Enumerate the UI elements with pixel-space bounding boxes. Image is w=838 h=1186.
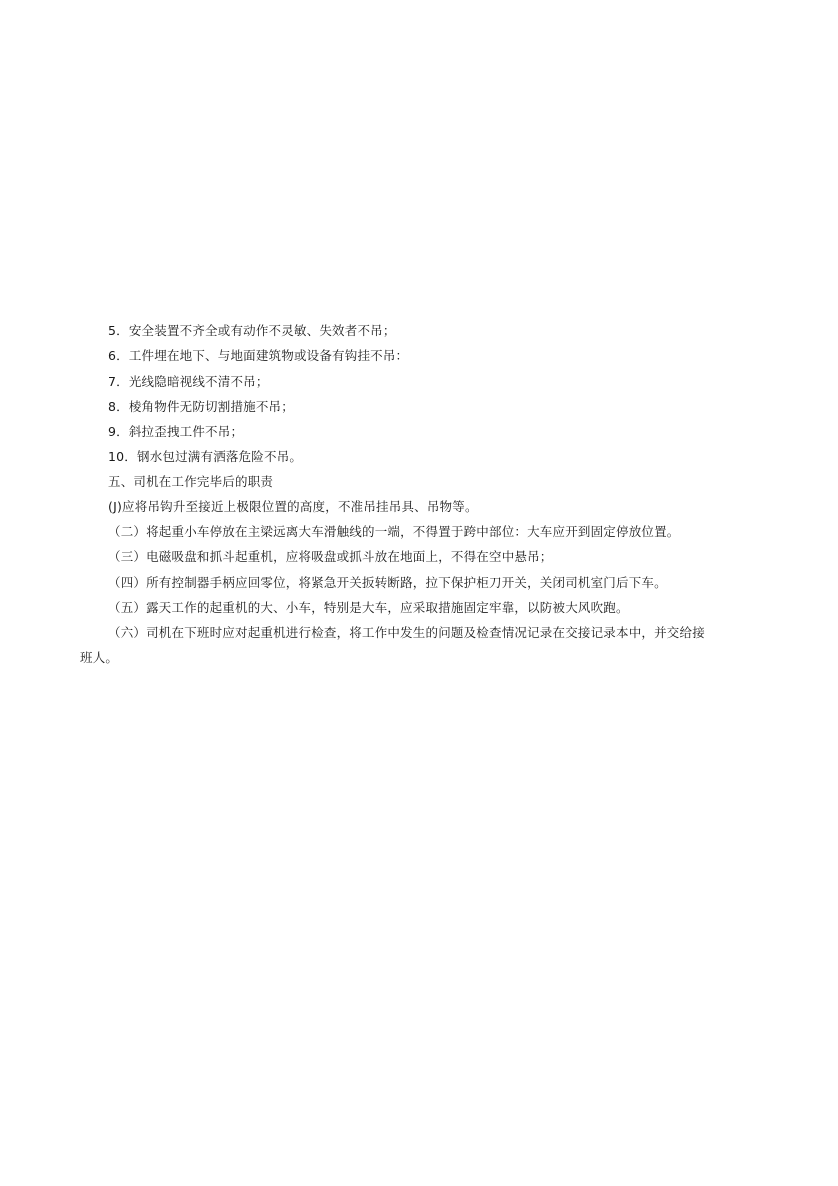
duty-item-5: （五）露天工作的起重机的大、小车，特别是大车，应采取措施固定牢靠，以防被大风吹跑… [108, 600, 629, 616]
section-heading: 五、司机在工作完毕后的职责 [108, 474, 273, 490]
duty-item-3: （三）电磁吸盘和抓斗起重机，应将吸盘或抓斗放在地面上，不得在空中悬吊； [108, 549, 553, 565]
duty-item-6-continuation: 班人。 [80, 650, 118, 666]
list-item-8: 8．棱角物件无防切割措施不吊； [108, 399, 294, 415]
duty-item-4: （四）所有控制器手柄应回零位，将紧急开关扳转断路，拉下保护柜刀开关，关闭司机室门… [108, 575, 667, 591]
list-item-10: 10．钢水包过满有洒落危险不吊。 [108, 449, 302, 465]
duty-item-2: （二）将起重小车停放在主梁远离大车滑触线的一端，不得置于跨中部位：大车应开到固定… [108, 524, 680, 540]
list-item-9: 9．斜拉歪拽工件不吊； [108, 424, 243, 440]
duty-item-6: （六）司机在下班时应对起重机进行检查，将工作中发生的问题及检查情况记录在交接记录… [108, 625, 705, 641]
list-item-5: 5．安全装置不齐全或有动作不灵敏、失效者不吊； [108, 323, 396, 339]
list-item-7: 7．光线隐暗视线不清不吊； [108, 374, 269, 390]
list-item-6: 6．工件埋在地下、与地面建筑物或设备有钩挂不吊： [108, 348, 408, 364]
duty-item-1: (J)应将吊钩升至接近上极限位置的高度，不准吊挂吊具、吊物等。 [108, 499, 478, 515]
document-page: 5．安全装置不齐全或有动作不灵敏、失效者不吊； 6．工件埋在地下、与地面建筑物或… [0, 0, 838, 1186]
